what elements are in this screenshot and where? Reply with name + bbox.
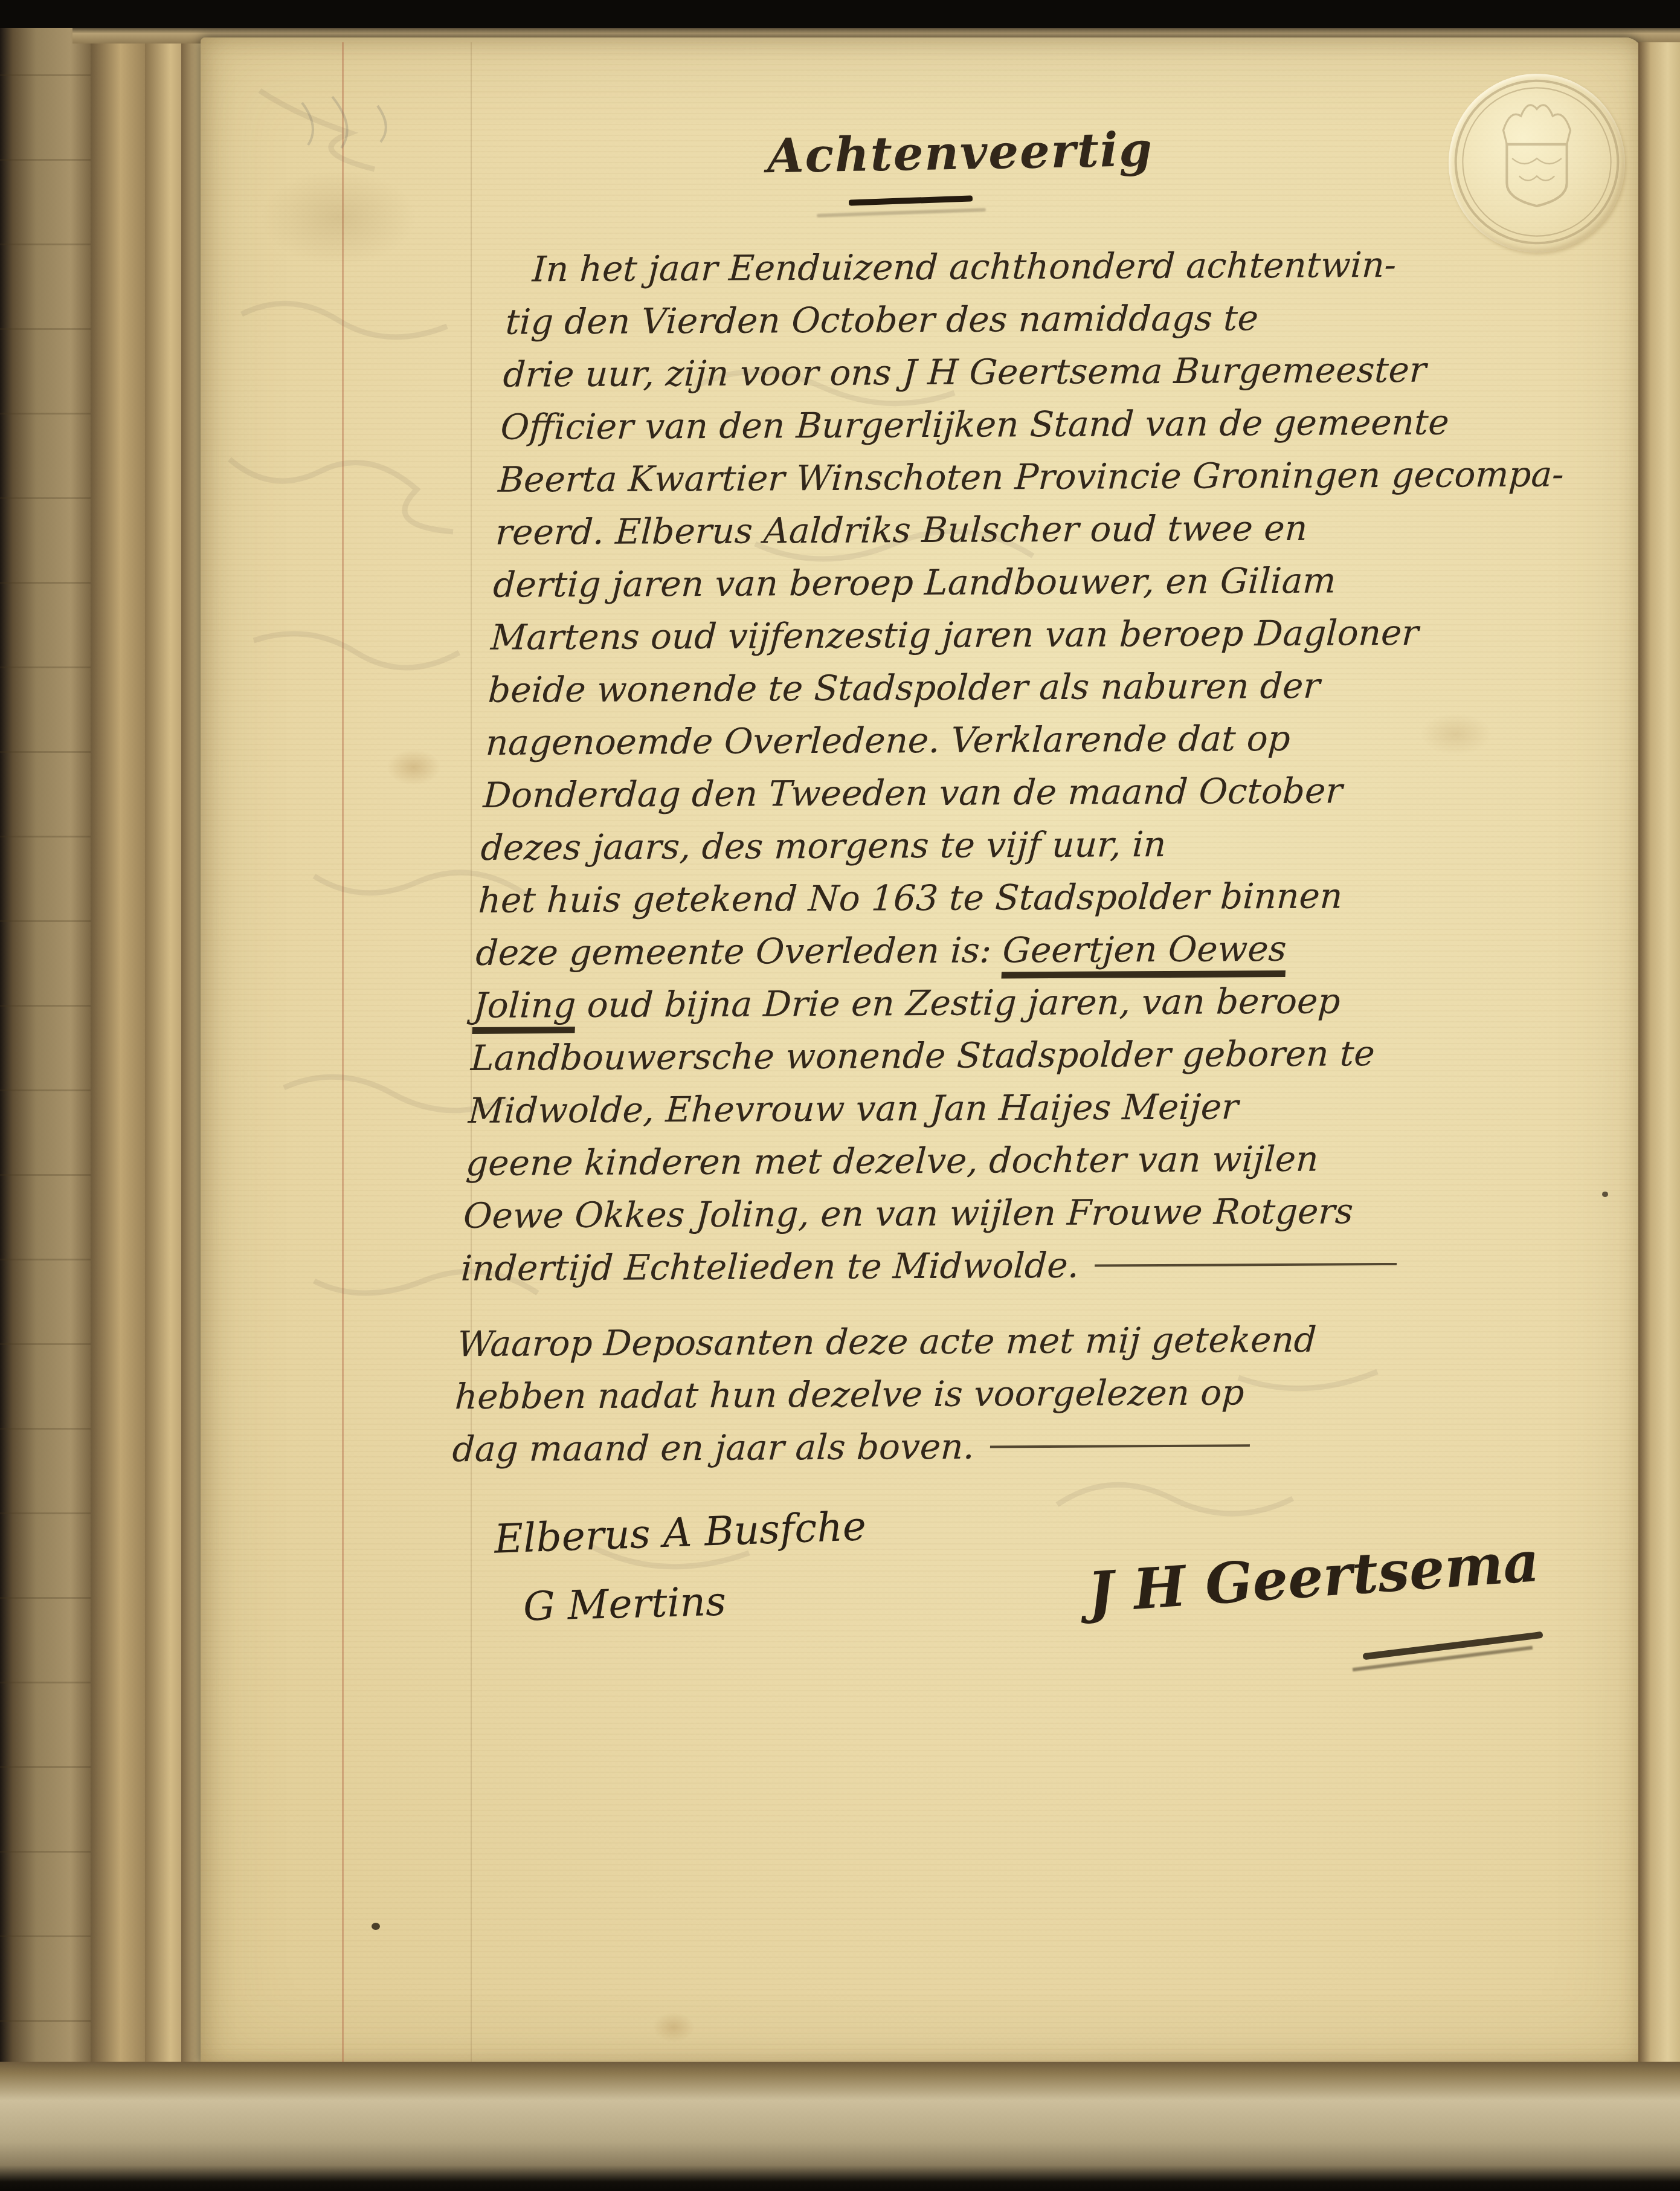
witness-signature-2: G Mertins — [523, 1578, 727, 1630]
filler-dash-line — [990, 1444, 1250, 1448]
act-text-line: Oewe Okkes Joling, en van wijlen Frouwe … — [462, 1184, 1600, 1242]
foxing-stain — [652, 2012, 695, 2042]
line-text: dag maand en jaar als boven. — [451, 1426, 975, 1470]
ink-speck — [1602, 1192, 1608, 1197]
act-text-line: indertijd Echtelieden te Midwolde. — [460, 1236, 1598, 1295]
crowned-arms-icon — [1449, 74, 1625, 250]
act-text-line: beide wonende te Stadspolder als naburen… — [487, 658, 1625, 717]
act-closing-line: dag maand en jaar als boven. — [451, 1417, 1589, 1476]
act-text-line: reerd. Elberus Aaldriks Bulscher oud twe… — [494, 500, 1632, 559]
line-suffix: oud bijna Drie en Zestig jaren, van bero… — [575, 980, 1341, 1025]
act-text-line: Midwolde, Ehevrouw van Jan Haijes Meijer — [467, 1079, 1605, 1137]
deceased-name-underlined: Geertjen Oewes — [1002, 928, 1288, 978]
line-prefix: deze gemeente Overleden is: — [475, 929, 1003, 973]
ruled-margin-line — [342, 42, 344, 2062]
act-text-line-deceased-name: deze gemeente Overleden is: Geertjen Oew… — [475, 921, 1613, 979]
scan-background-top — [0, 0, 1680, 28]
book-gutter-old-page-edge — [0, 0, 91, 2191]
deceased-name-underlined: Joling — [472, 984, 577, 1034]
act-closing-line: Waarop Deposanten deze acte met mij gete… — [456, 1312, 1594, 1370]
filler-dash-line — [1095, 1263, 1397, 1267]
act-closing-line: hebben nadat hun dezelve is voorgelezen … — [454, 1364, 1592, 1423]
act-text-line: Beerta Kwartier Winschoten Provincie Gro… — [497, 448, 1635, 506]
act-body-text: In het jaar Eenduizend achthonderd achte… — [451, 237, 1645, 1476]
act-text-line: Landbouwersche wonende Stadspolder gebor… — [469, 1026, 1608, 1085]
act-text-line: tig den Vierden October des namiddags te — [504, 290, 1643, 349]
foxing-stain — [260, 169, 417, 266]
act-text-line: het huis getekend No 163 te Stadspolder … — [477, 868, 1615, 927]
act-text-line: Officier van den Burgerlijken Stand van … — [500, 395, 1638, 454]
ink-speck — [372, 1923, 380, 1930]
act-text-line: Martens oud vijfenzestig jaren van beroe… — [489, 605, 1627, 664]
embossed-seal — [1449, 74, 1625, 253]
act-text-line-deceased-name: Joling oud bijna Drie en Zestig jaren, v… — [472, 973, 1611, 1032]
act-text-line: geene kinderen met dezelve, dochter van … — [465, 1131, 1603, 1190]
book-gutter-page-edge — [91, 0, 145, 2191]
act-number-title: Achtenveertig — [767, 123, 1130, 184]
act-text-line: nagenoemde Overledene. Verklarende dat o… — [484, 711, 1623, 769]
act-text-line: dertig jaren van beroep Landbouwer, en G… — [492, 553, 1630, 611]
foxing-stain — [387, 749, 441, 786]
line-text: indertijd Echtelieden te Midwolde. — [460, 1245, 1080, 1289]
underlying-page-right-edge — [1638, 42, 1680, 2062]
act-text-line: In het jaar Eenduizend achthonderd achte… — [507, 237, 1645, 296]
act-text-line: drie uur, zijn voor ons J H Geertsema Bu… — [502, 343, 1640, 401]
act-text-line: dezes jaars, des morgens te vijf uur, in — [480, 816, 1618, 874]
scanned-register-page: Achtenveertig In het jaar Eenduizend ach… — [0, 0, 1680, 2191]
page-stack-bottom-edge — [0, 2062, 1680, 2191]
act-text-line: Donderdag den Tweeden van de maand Octob… — [482, 763, 1620, 822]
